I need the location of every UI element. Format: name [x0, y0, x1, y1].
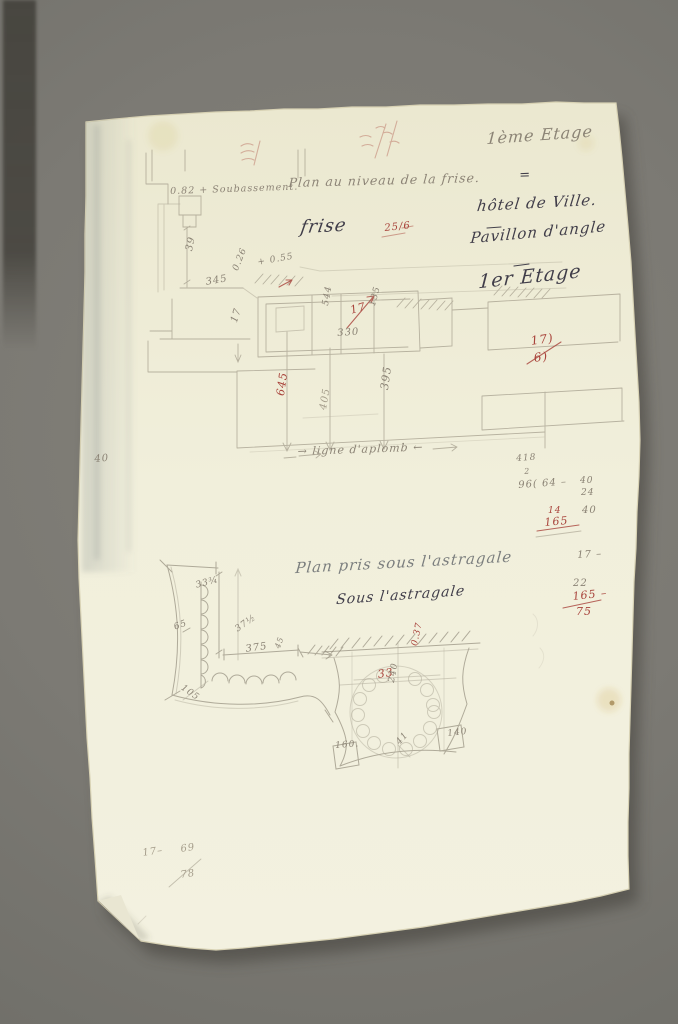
note-equals-sign: =	[519, 169, 531, 182]
label-ligne-daplomb: → ligne d'aplomb ←	[297, 442, 424, 457]
astr-right-red-037: 0.37	[411, 621, 425, 646]
note-hotel-de-ville: hôtel de Ville.	[476, 193, 598, 214]
label-plan-astragale-pencil: Plan pris sous l'astragale	[295, 550, 513, 576]
calc-2: 2	[524, 468, 531, 476]
dim-330: 330	[337, 327, 360, 339]
photograph-of-drawing: 1ème Etage = hôtel de Ville. Pavillon d'…	[0, 0, 678, 1024]
dim-026: 0.26	[232, 247, 249, 273]
corner-calc-17: 17–	[142, 846, 164, 859]
note-pavillon-dangle: Pavillon d'angle	[470, 219, 607, 246]
red-fraction-numerator: 17)	[530, 332, 554, 347]
calc-96-64: 96( 64 –	[518, 478, 567, 491]
dim-red-645: 645	[275, 371, 289, 396]
corner-calc-69: 69	[180, 843, 196, 855]
astr-right-240: 240	[388, 662, 400, 683]
calc-red-165: 165	[544, 515, 569, 528]
dim-405: 405	[319, 387, 333, 410]
astr-right-41: 41	[395, 731, 411, 747]
calc-red-165b: 165 –	[572, 587, 608, 602]
dim-544: 544	[322, 285, 334, 306]
label-frise: frise	[299, 217, 348, 238]
calc-24: 24	[581, 489, 594, 498]
astr-left-37h: 37½	[234, 614, 258, 635]
dim-055: + 0.55	[257, 253, 294, 268]
dim-40-margin: 40	[94, 454, 110, 465]
dim-345: 345	[205, 274, 228, 288]
handwritten-annotations: 1ème Etage = hôtel de Ville. Pavillon d'…	[0, 0, 678, 1024]
label-soubassement: 0.82 + Soubassement.	[170, 183, 298, 197]
calc-40b: 40	[582, 506, 597, 516]
astr-left-105: 105	[179, 684, 201, 703]
note-first-floor-pencil: 1ème Etage	[486, 124, 594, 148]
calc-40a: 40	[580, 477, 593, 486]
astr-right-140: 140	[447, 728, 468, 739]
astr-left-375: 375	[245, 642, 268, 655]
red-fraction-denominator: 6)	[533, 350, 549, 364]
label-plan-frise: Plan au niveau de la frise.	[288, 172, 480, 190]
dim-395: 395	[379, 365, 393, 390]
dim-135: 135	[369, 286, 383, 308]
note-premier-etage: 1er Etage	[478, 262, 582, 292]
calc-418: 418	[516, 454, 537, 464]
corner-calc-78: 78	[180, 869, 196, 881]
label-sous-lastragale: Sous l'astragale	[336, 584, 466, 607]
astr-left-65: 65	[173, 619, 189, 632]
dim-39: 39	[185, 236, 198, 252]
dim-red-17: 17	[349, 301, 367, 316]
astr-left-45: 45	[274, 636, 286, 650]
note-red-frise-fraction: 25/6	[384, 221, 411, 234]
astr-right-160: 160.	[335, 740, 360, 751]
dim-17: 17	[230, 307, 244, 324]
calc-17: 17 –	[577, 550, 602, 561]
astr-left-337: 33¾	[195, 576, 220, 591]
calc-red-75: 75	[576, 606, 592, 617]
